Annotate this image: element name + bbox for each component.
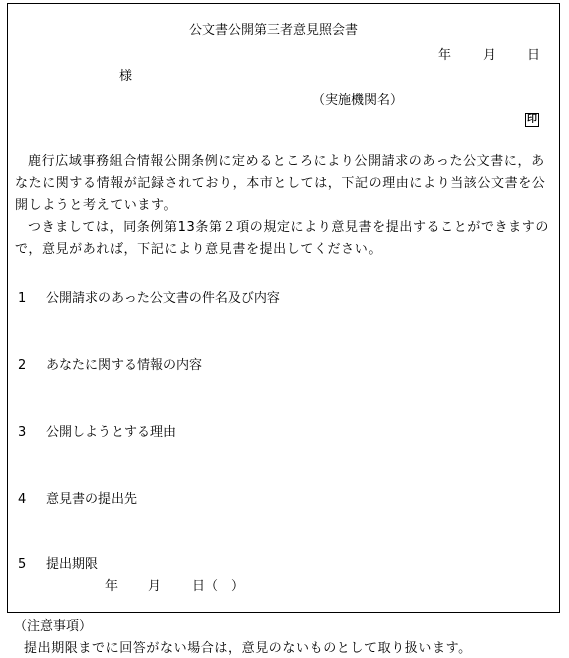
- date-day: 日: [527, 49, 540, 62]
- item-number-3: 3: [18, 426, 26, 439]
- date-month: 月: [483, 49, 496, 62]
- item-label-2: あなたに関する情報の内容: [46, 359, 202, 372]
- date-year: 年: [438, 49, 451, 62]
- deadline-year: 年: [105, 580, 118, 593]
- item-label-4: 意見書の提出先: [46, 493, 137, 506]
- issuer-name: （実施機関名）: [312, 94, 403, 107]
- deadline-day: 日（ ）: [192, 580, 244, 593]
- document-title: 公文書公開第三者意見照会書: [189, 24, 358, 37]
- recipient-suffix: 様: [119, 70, 132, 83]
- notes-heading: （注意事項）: [14, 620, 92, 633]
- item-number-1: 1: [18, 292, 26, 305]
- deadline-month: 月: [148, 580, 161, 593]
- body-paragraph-1: 鹿行広域事務組合情報公開条例に定めるところにより公開請求のあった公文書に，あなた…: [15, 151, 555, 217]
- item-number-4: 4: [18, 493, 26, 506]
- item-label-3: 公開しようとする理由: [46, 426, 176, 439]
- item-label-1: 公開請求のあった公文書の件名及び内容: [46, 292, 280, 305]
- item-number-5: 5: [18, 558, 26, 571]
- item-label-5: 提出期限: [46, 558, 98, 571]
- body-paragraph-2: つきましては，同条例第13条第２項の規定により意見書を提出することができますので…: [15, 217, 555, 261]
- item-number-2: 2: [18, 359, 26, 372]
- notes-body: 提出期限までに回答がない場合は，意見のないものとして取り扱います。: [24, 642, 472, 655]
- seal-icon: 印: [525, 113, 539, 127]
- document-frame: [7, 3, 560, 613]
